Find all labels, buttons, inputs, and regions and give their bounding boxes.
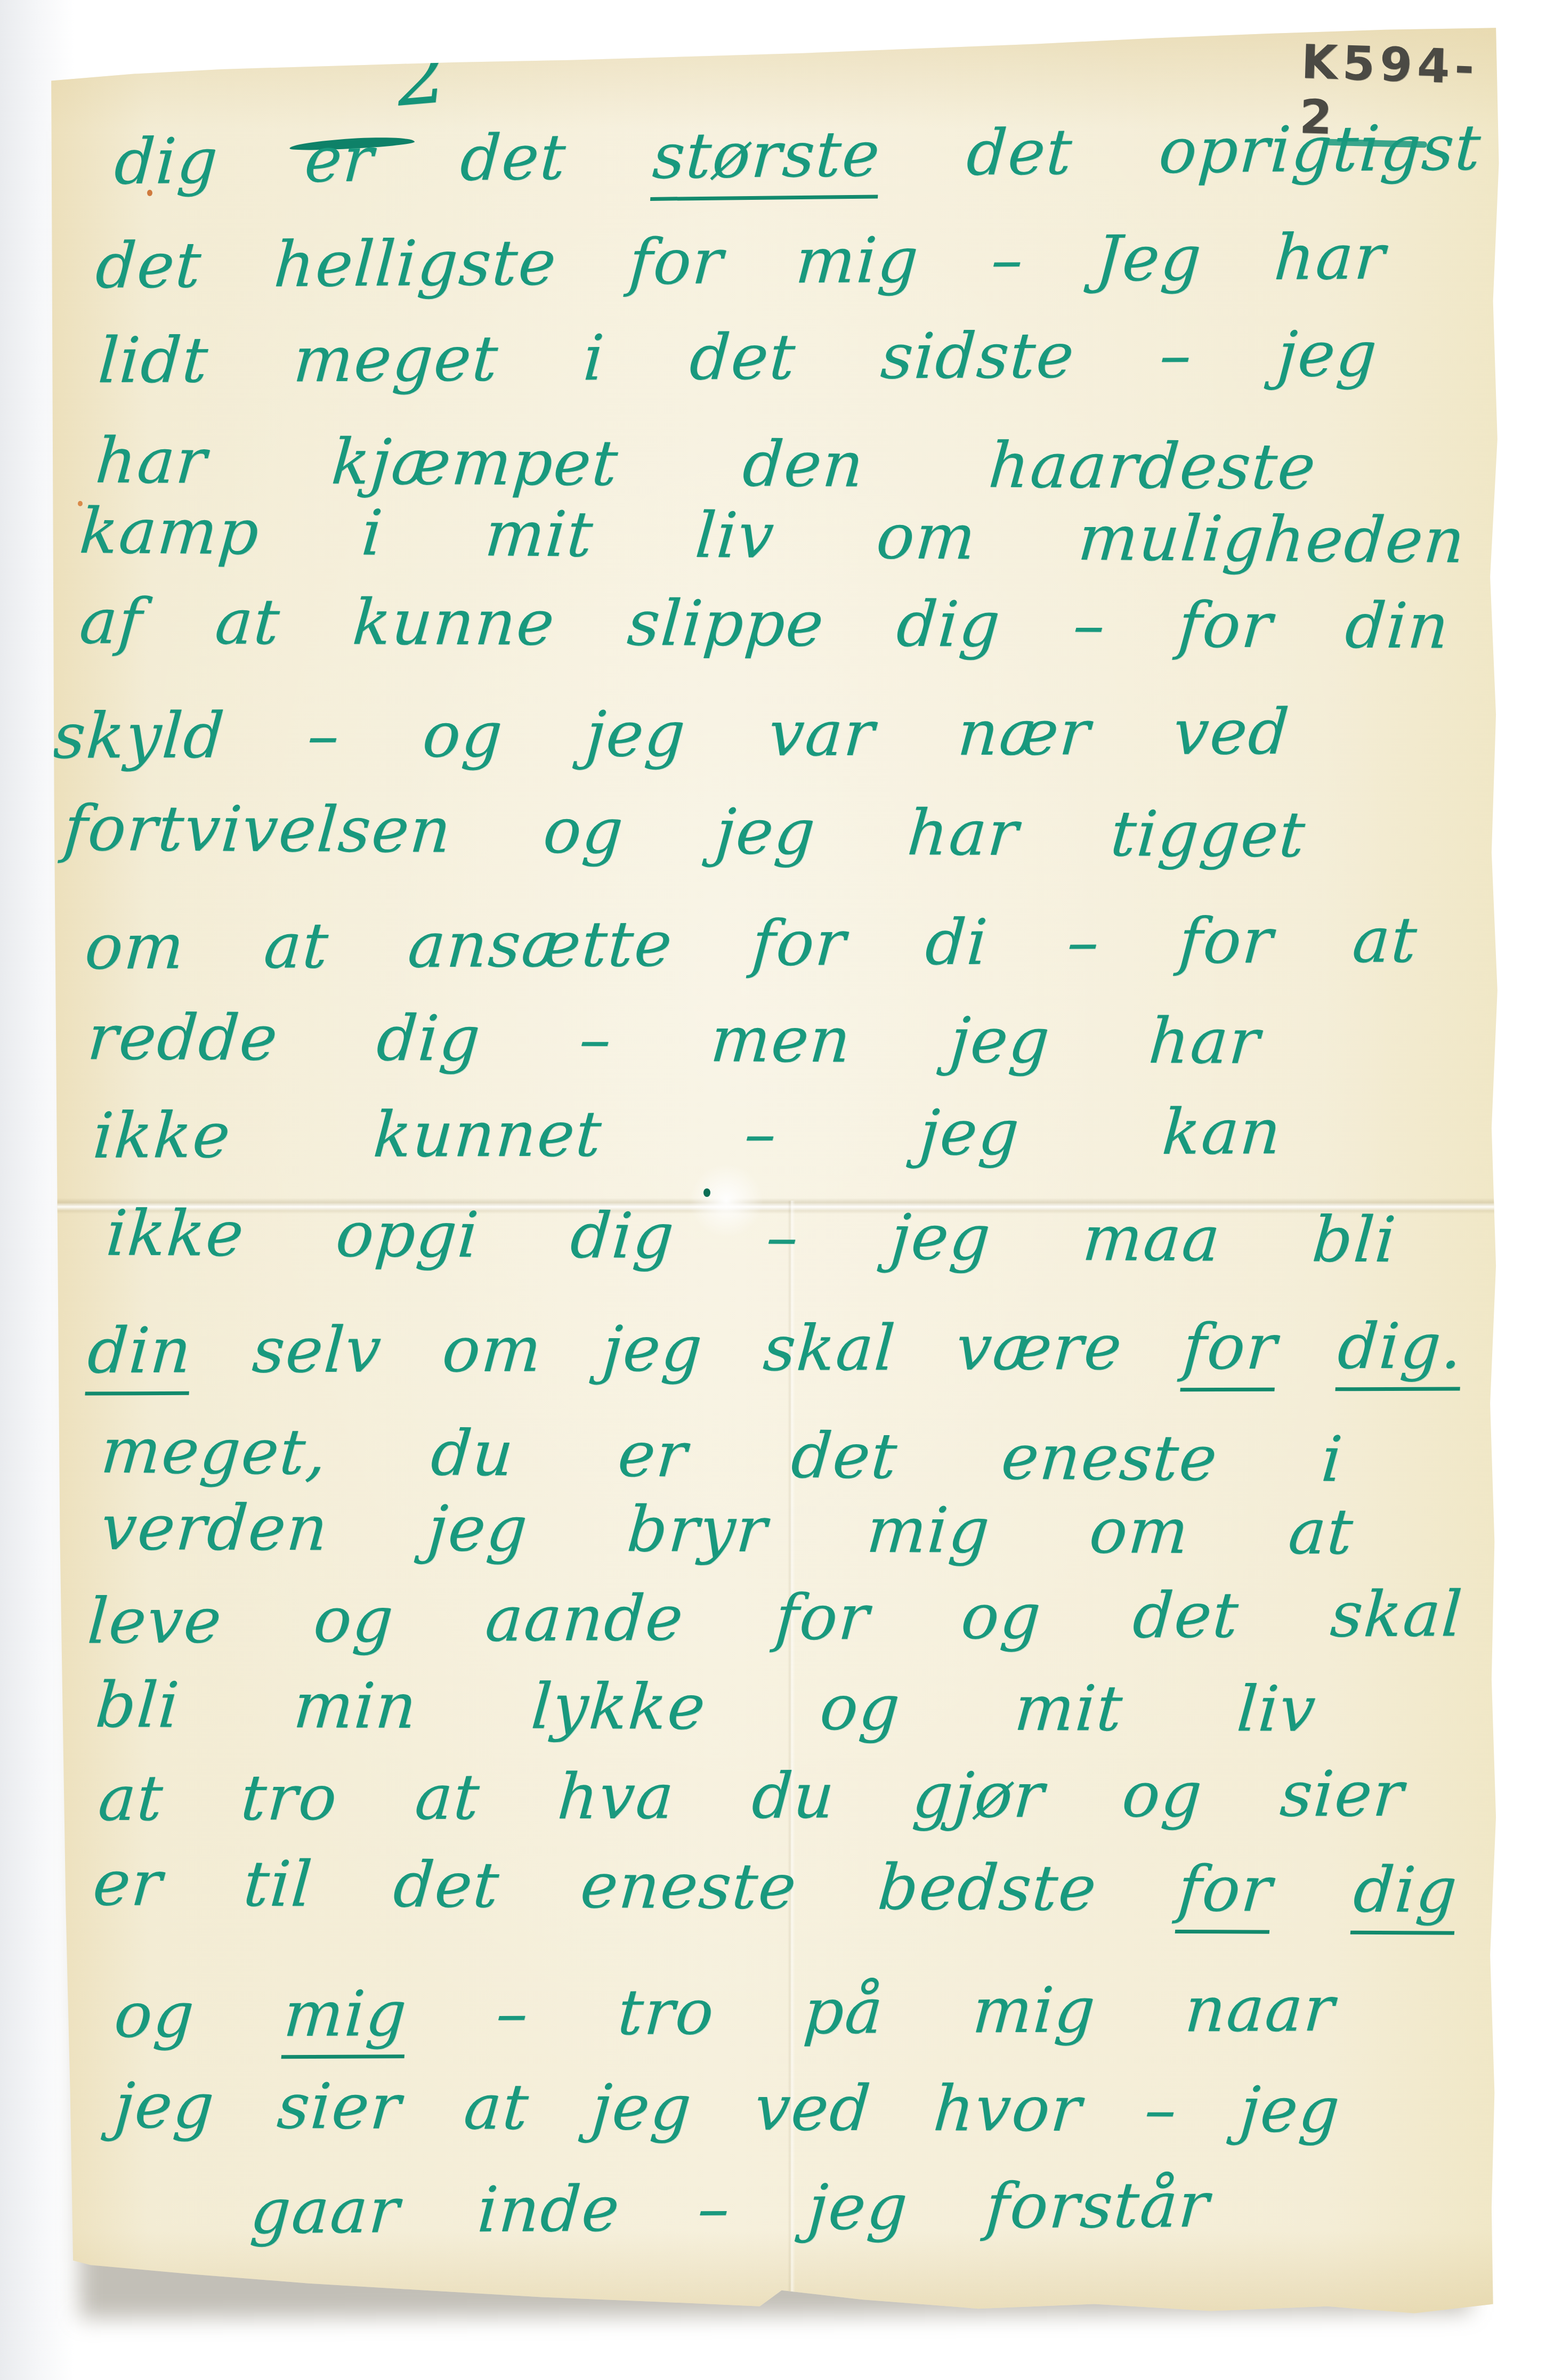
handwritten-word: kunnet — [371, 1097, 604, 1172]
handwritten-word: er — [303, 122, 376, 196]
handwritten-word: – — [1065, 905, 1102, 978]
handwritten-word: liv — [693, 498, 778, 572]
handwritten-word: oprigtigst — [1157, 111, 1484, 188]
handwritten-word: mit — [1012, 1671, 1126, 1745]
handwritten-word: om — [1087, 1494, 1192, 1568]
handwritten-word: jeg — [112, 2069, 217, 2143]
handwritten-word: til — [241, 1847, 315, 1921]
handwritten-word: mig — [864, 1493, 993, 1567]
handwritten-word: skyld — [51, 699, 227, 773]
handwritten-word: – — [1071, 588, 1108, 661]
handwritten-line: redde dig – men jeg har — [85, 992, 1264, 1087]
handwritten-word: for — [1175, 1852, 1275, 1934]
handwritten-word: – — [764, 1200, 802, 1273]
handwritten-word: ikke — [104, 1196, 247, 1270]
handwritten-word: tigget — [1108, 797, 1308, 871]
handwritten-word: opgi — [334, 1197, 482, 1272]
handwritten-line: og mig – tro på mig naar — [112, 1963, 1338, 2060]
handwritten-word: ved — [752, 2071, 873, 2145]
handwritten-word: – — [1158, 318, 1195, 392]
handwritten-word: lidt — [96, 323, 211, 397]
handwritten-word: for — [1180, 1310, 1280, 1392]
handwritten-word: skal — [1328, 1577, 1465, 1651]
handwritten-word: helligste — [272, 225, 559, 301]
handwritten-word: jeg — [948, 1003, 1053, 1078]
handwritten-word: bli — [1310, 1203, 1399, 1277]
handwritten-word: sier — [275, 2069, 404, 2143]
handwritten-word: du — [428, 1416, 517, 1490]
handwritten-word: om — [440, 1313, 545, 1387]
handwritten-line: at tro at hva du gjør og sier — [95, 1748, 1407, 1844]
handwritten-word: jeg — [1275, 317, 1380, 391]
handwritten-word: på — [802, 1974, 886, 2048]
handwritten-word: at — [413, 1760, 483, 1834]
handwritten-line: jeg sier at jeg ved hvor – jeg — [111, 2060, 1344, 2155]
handwritten-word: ikke — [91, 1098, 233, 1172]
letter-page: 2 K594-2 dig er det største det oprigtig… — [47, 26, 1502, 2322]
handwritten-line: fortvivelsen og jeg har tigget — [61, 783, 1309, 880]
handwritten-word: hva — [555, 1759, 677, 1833]
handwritten-word: lykke — [529, 1670, 708, 1744]
handwritten-word: og — [541, 794, 627, 868]
handwritten-word: leve — [86, 1583, 225, 1657]
handwritten-word: nær — [956, 695, 1093, 770]
handwritten-word: inde — [475, 2172, 622, 2246]
handwritten-word: din — [85, 1314, 194, 1396]
handwritten-word: redde — [85, 1000, 281, 1074]
handwritten-word: verden — [99, 1491, 331, 1565]
handwritten-word: mig — [794, 223, 921, 298]
handwritten-line: gaar inde – jeg forstår — [248, 2159, 1213, 2257]
handwritten-word: det — [458, 120, 569, 195]
handwritten-word: din — [1343, 589, 1452, 663]
handwritten-word: mig — [970, 1973, 1098, 2047]
handwritten-word: om — [83, 910, 188, 984]
handwritten-line: om at ansætte for di – for at — [83, 894, 1421, 992]
handwritten-word: det — [687, 320, 798, 394]
handwritten-line: verden jeg bryr mig om at — [98, 1482, 1357, 1577]
handwritten-word: kamp — [77, 494, 263, 569]
handwritten-word: slippe — [625, 586, 827, 660]
handwritten-word: jeg — [917, 1096, 1022, 1170]
handwritten-line: leve og aande for og det skal — [85, 1568, 1466, 1666]
handwritten-word: største — [650, 117, 883, 201]
handwritten-word: skal — [761, 1311, 898, 1385]
handwritten-word: det — [391, 1848, 503, 1922]
handwritten-word: naar — [1183, 1972, 1337, 2046]
handwritten-word: og — [112, 1978, 198, 2052]
handwritten-word: min — [291, 1669, 420, 1743]
handwritten-word: det — [965, 115, 1075, 190]
handwritten-word: være — [954, 1310, 1125, 1385]
handwritten-word: for — [627, 224, 726, 298]
handwritten-word: og — [1120, 1758, 1205, 1832]
handwritten-word: er — [91, 1846, 166, 1920]
handwritten-word: sier — [1278, 1757, 1407, 1831]
handwritten-word: det — [789, 1419, 900, 1493]
handwritten-word: har — [1272, 220, 1388, 295]
handwritten-word: – — [577, 1002, 615, 1075]
handwritten-word: at — [462, 2070, 532, 2143]
handwritten-word: jeg — [888, 1200, 993, 1274]
scanner-background: { "document": { "archive_mark": "K594-2"… — [0, 0, 1562, 2380]
handwritten-line: din selv om jeg skal være for dig. — [85, 1300, 1466, 1396]
handwritten-word: eneste — [578, 1849, 800, 1923]
handwritten-word: var — [766, 697, 878, 771]
handwritten-word: dig — [112, 124, 221, 198]
handwritten-word: for — [1177, 904, 1276, 978]
handwritten-word: har — [905, 796, 1022, 870]
handwritten-word: liv — [1235, 1672, 1319, 1745]
handwritten-word: muligheden — [1076, 501, 1469, 577]
handwritten-word: hvor — [931, 2071, 1085, 2146]
handwritten-word: bryr — [625, 1492, 770, 1566]
handwritten-line: bli min lykke og mit liv — [93, 1659, 1320, 1754]
handwritten-word: og — [420, 698, 506, 772]
handwritten-word: jeg — [1237, 2073, 1343, 2147]
handwritten-word: maa — [1080, 1201, 1224, 1275]
handwritten-word: for — [1176, 588, 1275, 662]
handwritten-word: – — [305, 698, 343, 772]
handwritten-line: skyld – og jeg var nær ved — [50, 686, 1292, 781]
handwritten-word: jeg — [589, 2070, 695, 2144]
handwritten-word: jeg — [425, 1492, 531, 1566]
handwritten-word: forstår — [984, 2168, 1212, 2243]
handwritten-word: for — [750, 906, 849, 980]
handwritten-word: har — [1146, 1004, 1263, 1078]
handwritten-word: jeg — [713, 795, 819, 869]
handwritten-word: for — [773, 1580, 872, 1654]
handwritten-line: dig er det største det oprigtigst — [112, 102, 1484, 207]
handwritten-word: jeg — [806, 2170, 911, 2244]
handwritten-word: men — [708, 1002, 854, 1076]
handwritten-word: selv — [250, 1313, 384, 1387]
handwritten-word: og — [311, 1583, 396, 1657]
handwritten-word: og — [959, 1579, 1044, 1653]
handwritten-word: tro — [616, 1975, 717, 2049]
handwritten-word: – — [1142, 2073, 1180, 2146]
handwritten-word: i — [1319, 1422, 1346, 1496]
handwritten-word: i — [359, 496, 386, 570]
handwritten-word: dig. — [1335, 1309, 1465, 1391]
handwritten-word: mig — [281, 1977, 410, 2059]
handwritten-word: ansætte — [406, 907, 675, 982]
handwritten-word: kan — [1160, 1095, 1284, 1169]
handwritten-word: fortvivelsen — [61, 791, 455, 867]
handwritten-word: di — [923, 905, 990, 979]
handwritten-line: det helligste for mig – Jeg har — [93, 212, 1389, 311]
handwritten-word: er — [616, 1418, 691, 1492]
handwritten-word: bedste — [876, 1850, 1100, 1925]
handwritten-line: ikke kunnet – jeg kan — [90, 1086, 1284, 1181]
handwritten-word: om — [874, 499, 980, 573]
handwritten-word: gjør — [910, 1758, 1047, 1832]
handwritten-word: – — [742, 1096, 780, 1170]
handwritten-word: aande — [483, 1581, 686, 1656]
handwritten-word: – — [695, 2171, 733, 2245]
handwritten-word: eneste — [999, 1420, 1220, 1495]
handwritten-word: at — [1350, 903, 1420, 977]
handwritten-word: af — [77, 585, 145, 658]
handwritten-word: og — [818, 1671, 903, 1744]
handwritten-line: er til det eneste bedste for dig — [90, 1837, 1461, 1935]
handwritten-word: i — [581, 321, 608, 394]
handwritten-word: tro — [239, 1761, 340, 1835]
handwritten-word: jeg — [600, 1312, 705, 1386]
handwritten-word: at — [262, 909, 331, 983]
handwritten-word: det — [1131, 1578, 1242, 1652]
handwritten-word: ved — [1171, 695, 1292, 769]
handwritten-word: gaar — [248, 2173, 402, 2248]
handwritten-word: dig — [894, 587, 1003, 661]
handwritten-word: du — [750, 1759, 838, 1833]
handwritten-word: sidste — [879, 319, 1078, 393]
handwritten-word: det — [94, 228, 204, 302]
handwritten-word: dig — [1350, 1853, 1460, 1935]
handwritten-line: ikke opgi dig – jeg maa bli — [103, 1188, 1400, 1285]
handwritten-word: dig — [568, 1199, 677, 1273]
page-number: 2 — [392, 28, 451, 125]
handwritten-word: – — [494, 1976, 531, 2050]
handwritten-word: at — [213, 585, 283, 658]
handwritten-word: Jeg — [1094, 221, 1204, 295]
handwritten-word: meget, — [99, 1414, 330, 1489]
handwritten-line: kamp i mit liv om muligheden — [76, 485, 1469, 586]
handwritten-word: bli — [93, 1668, 182, 1742]
handwritten-line: lidt meget i det sidste – jeg — [96, 309, 1381, 406]
handwritten-word: kunne — [350, 585, 557, 659]
handwritten-word: – — [989, 222, 1026, 296]
handwritten-word: jeg — [584, 697, 689, 771]
handwritten-line: af at kunne slippe dig – for din — [77, 576, 1453, 671]
handwritten-word: dig — [374, 1001, 483, 1075]
handwritten-word: meget — [292, 321, 501, 396]
handwritten-word: mit — [482, 497, 596, 571]
handwritten-word: at — [1286, 1495, 1356, 1568]
handwritten-word: at — [96, 1761, 166, 1835]
